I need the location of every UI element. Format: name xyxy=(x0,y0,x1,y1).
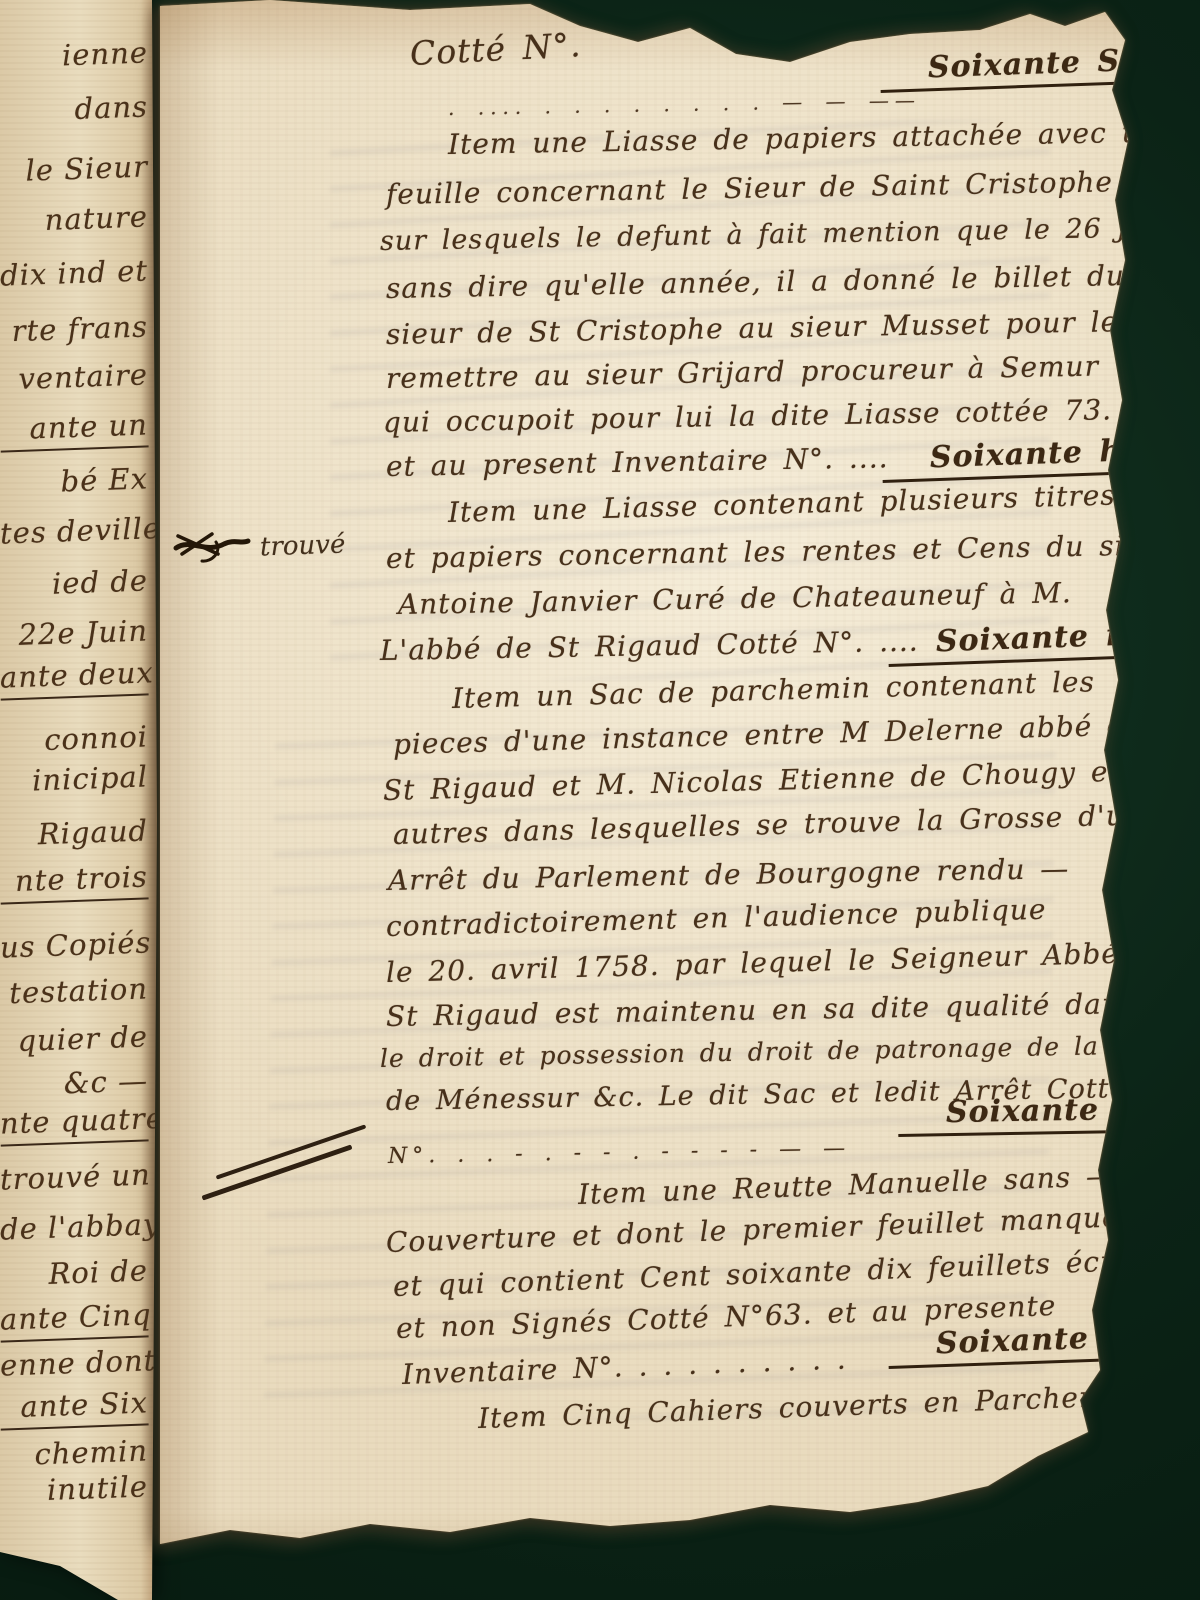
cote-label: Soixante huit xyxy=(881,431,1187,483)
manuscript-line: Inventaire N°. . . . . . . . . . xyxy=(401,1342,847,1391)
manuscript-page: Cotté N°.. .... . . . . . . . . — — ——So… xyxy=(150,0,1200,1600)
manuscript-line: sans dire qu'elle année, il a donné le b… xyxy=(386,258,1167,305)
manuscript-line: Item une Liasse contenant plusieurs titr… xyxy=(448,479,1117,529)
crossed-out-word-scribble xyxy=(172,528,252,564)
manuscript-line: Arrêt du Parlement de Bourgogne rendu — xyxy=(388,852,1070,897)
manuscript-line: L'abbé de St Rigaud Cotté N°. .... xyxy=(380,625,919,667)
cote-label: Soixante Sept xyxy=(879,41,1191,93)
manuscript-line: Item une Liasse de papiers attachée avec… xyxy=(448,115,1178,161)
cote-label: Soixante dix xyxy=(898,1091,1184,1137)
manuscript-line: Cotté N°. xyxy=(409,25,582,73)
margin-note-trouve: trouvé xyxy=(172,528,345,564)
main-page-wrap: Cotté N°.. .... . . . . . . . . — — ——So… xyxy=(0,0,1200,1600)
manuscript-line: le droit et possession du droit de patro… xyxy=(380,1030,1179,1073)
manuscript-line: autres dans lesquelles se trouve la Gros… xyxy=(393,798,1145,851)
manuscript-line: St Rigaud et M. Nicolas Etienne de Choug… xyxy=(383,755,1122,807)
margin-double-slash-mark xyxy=(198,1128,368,1198)
manuscript-line: . .... . . . . . . . . — — —— xyxy=(448,88,921,120)
manuscript-line: pieces d'une instance entre M Delerne ab… xyxy=(393,708,1144,761)
manuscript-line: sieur de St Cristophe au sieur Musset po… xyxy=(386,305,1119,351)
manuscript-line: contradictoirement en l'audience publiqu… xyxy=(386,893,1047,943)
manuscript-line: et papiers concernant les rentes et Cens… xyxy=(386,528,1176,575)
manuscript-line: Item un Sac de parchemin contenant les xyxy=(452,665,1096,715)
manuscript-line: qui occupoit pour lui la dite Liasse cot… xyxy=(383,393,1113,439)
manuscript-line: et au present Inventaire N°. .... xyxy=(386,441,889,483)
cote-label: Soixante neuf xyxy=(887,615,1199,667)
manuscript-line: remettre au sieur Grijard procureur à Se… xyxy=(386,350,1100,395)
manuscript-line: Antoine Janvier Curé de Chateauneuf à M. xyxy=(398,576,1072,621)
manuscript-line: N°. . . - . - - . - - - - — — xyxy=(388,1136,851,1169)
manuscript-line: Item Cinq Cahiers couverts en Parchemin xyxy=(477,1379,1136,1435)
photograph-background: iennedansle Sieurnaturedix ind etrte fra… xyxy=(0,0,1200,1600)
manuscript-line: sur lesquels le defunt à fait mention qu… xyxy=(380,212,1175,257)
manuscript-line: feuille concernant le Sieur de Saint Cri… xyxy=(386,165,1114,211)
manuscript-line: le 20. avril 1758. par lequel le Seigneu… xyxy=(386,935,1171,989)
manuscript-line: St Rigaud est maintenu en sa dite qualit… xyxy=(386,987,1137,1033)
margin-note-label: trouvé xyxy=(260,530,346,563)
